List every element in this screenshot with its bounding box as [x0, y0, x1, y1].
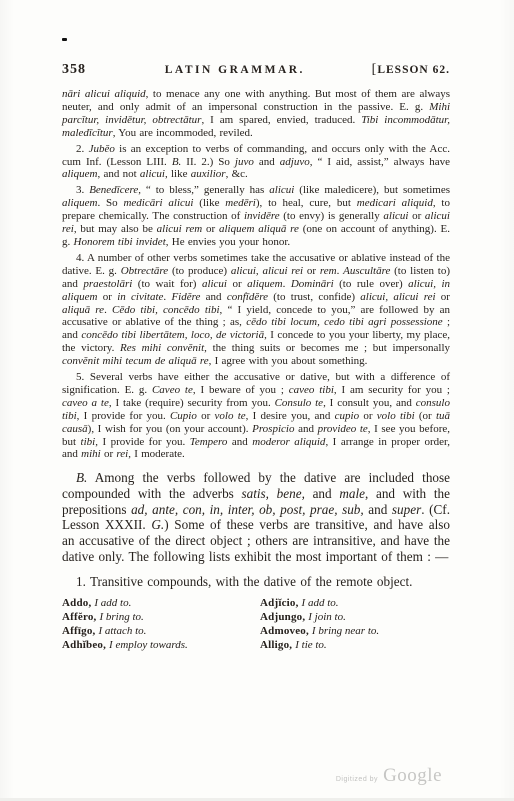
- verb-latin: Alligo,: [260, 639, 295, 651]
- latin-italic-run: volo tibi: [377, 410, 415, 422]
- text-run: (to envy) is generally: [280, 210, 384, 222]
- verb-gloss: I employ towards.: [109, 639, 188, 651]
- text-run: , I moderate.: [128, 448, 185, 460]
- ink-speck: [62, 38, 67, 41]
- latin-italic-run: Res mihi convĕnit: [120, 342, 204, 354]
- latin-italic-run: alicui, alicui rei: [231, 265, 303, 277]
- text-block: nāri alicui aliquid, to menace any one w…: [62, 88, 450, 589]
- latin-italic-run: provideo te: [318, 423, 368, 435]
- text-run: .: [283, 278, 291, 290]
- google-logo: Google: [383, 765, 442, 787]
- latin-italic-run: Auscultāre: [343, 265, 390, 277]
- text-run: . So: [97, 197, 123, 209]
- latin-italic-run: in civitate: [117, 291, 163, 303]
- verb-entry: Adjungo, I join to.: [260, 610, 450, 624]
- text-run: , I provide for you.: [95, 436, 190, 448]
- text-run: , You are incommoded, reviled.: [113, 127, 253, 139]
- latin-italic-run: medicari aliquid: [357, 197, 433, 209]
- paragraph-b-dative-compounds: B. Among the verbs followed by the dativ…: [62, 470, 450, 564]
- verb-latin: Adhĭbeo,: [62, 639, 109, 651]
- watermark: Digitized by Google: [336, 765, 442, 787]
- verb-latin: Affīgo,: [62, 625, 98, 637]
- latin-italic-run: mihi: [81, 448, 101, 460]
- text-run: (to produce): [168, 265, 231, 277]
- latin-italic-run: alicui: [269, 184, 294, 196]
- latin-italic-run: Tempero: [190, 436, 228, 448]
- verb-gloss: I add to.: [302, 597, 339, 609]
- latin-italic-run: Obtrectāre: [121, 265, 168, 277]
- latin-italic-run: confīdĕre: [227, 291, 268, 303]
- verb-entry: Admoveo, I bring near to.: [260, 624, 450, 638]
- text-run: and: [200, 291, 226, 303]
- text-run: , “ to bless,” generally has: [138, 184, 269, 196]
- latin-italic-run: Honorem tibi invidet: [74, 236, 166, 248]
- verb-entry: Addo, I add to.: [62, 596, 256, 610]
- text-run: (or: [415, 410, 436, 422]
- latin-italic-run: adjuvo: [280, 156, 310, 168]
- text-run: , and not: [97, 168, 139, 180]
- text-run: ), to heal, cure, but: [256, 197, 357, 209]
- latin-italic-run: super: [392, 502, 421, 517]
- page-number: 358: [62, 62, 86, 78]
- text-run: , I beware of you ;: [193, 384, 289, 396]
- text-run: 1. Transitive compounds, with the dative…: [76, 574, 412, 589]
- latin-italic-run: juvo: [235, 156, 254, 168]
- verb-gloss: I add to.: [94, 597, 131, 609]
- paragraph-2-jubeo: 2. Jubĕo is an exception to verbs of com…: [62, 143, 450, 182]
- verb-entry: Affĕro, I bring to.: [62, 610, 256, 624]
- text-run: (like maledicere), but sometimes: [294, 184, 450, 196]
- latin-italic-run: satis, bene,: [242, 486, 305, 501]
- latin-italic-run: aliquem: [62, 197, 97, 209]
- latin-italic-run: caveo a te: [62, 397, 109, 409]
- running-title: LATIN GRAMMAR.: [165, 64, 305, 76]
- verb-gloss: I tie to.: [295, 639, 326, 651]
- latin-italic-run: aliquā re: [62, 304, 104, 316]
- latin-italic-run: B.: [76, 470, 87, 485]
- text-run: or: [436, 291, 450, 303]
- text-run: and: [254, 156, 280, 168]
- text-run: , “ I aid, assist,” always have: [310, 156, 450, 168]
- verb-gloss: I join to.: [308, 611, 346, 623]
- latin-italic-run: G.: [151, 517, 164, 532]
- watermark-prefix: Digitized by: [336, 776, 378, 783]
- text-run: , I am security for you ;: [334, 384, 450, 396]
- latin-italic-run: rem: [320, 265, 337, 277]
- latin-italic-run: cupio: [335, 410, 359, 422]
- lesson-text: LESSON 62.: [377, 64, 450, 76]
- verb-latin: Adjungo,: [260, 611, 308, 623]
- latin-italic-run: male: [339, 486, 365, 501]
- latin-italic-run: B.: [172, 156, 181, 168]
- text-run: or: [359, 410, 377, 422]
- text-run: , I agree with you about something.: [209, 355, 368, 367]
- verb-entry: Adjĭcio, I add to.: [260, 596, 450, 610]
- latin-italic-run: invidēre: [244, 210, 280, 222]
- text-run: , I desire you, and: [246, 410, 335, 422]
- verb-entry: Affīgo, I attach to.: [62, 624, 256, 638]
- running-head: 358 LATIN GRAMMAR. [LESSON 62.: [62, 62, 450, 78]
- paragraph-list-title: 1. Transitive compounds, with the dative…: [62, 574, 450, 590]
- text-run: or: [197, 410, 215, 422]
- latin-italic-run: Jubĕo: [89, 143, 115, 155]
- text-run: and: [364, 502, 392, 517]
- text-run: or: [408, 210, 424, 222]
- text-run: or: [202, 223, 219, 235]
- latin-italic-run: rei: [116, 448, 128, 460]
- text-run: and: [305, 486, 339, 501]
- latin-italic-run: alicui, alicui rei: [360, 291, 435, 303]
- latin-italic-run: aliquem: [247, 278, 282, 290]
- verb-gloss: I bring to.: [99, 611, 143, 623]
- paragraph-1-continuation: nāri alicui aliquid, to menace any one w…: [62, 88, 450, 140]
- text-run: , like: [165, 168, 191, 180]
- latin-italic-run: Prospicio: [252, 423, 294, 435]
- latin-italic-run: moderor aliquid: [252, 436, 325, 448]
- text-run: ), I wish for you (on your account).: [88, 423, 252, 435]
- text-run: , I am spared, envied, traduced.: [201, 114, 361, 126]
- latin-italic-run: caveo tibi: [289, 384, 334, 396]
- latin-italic-run: Cēdo tibi, concēdo tibi: [112, 304, 220, 316]
- latin-italic-run: Cupio: [170, 410, 197, 422]
- latin-italic-run: Benedīcere: [89, 184, 138, 196]
- lesson-label: [LESSON 62.: [372, 62, 450, 78]
- latin-italic-run: alicui: [383, 210, 408, 222]
- scanned-page: 358 LATIN GRAMMAR. [LESSON 62. nāri alic…: [0, 0, 514, 801]
- latin-italic-run: auxilior: [191, 168, 226, 180]
- text-run: , but may also be: [74, 223, 157, 235]
- text-run: and: [227, 436, 252, 448]
- text-run: , I provide for you.: [77, 410, 170, 422]
- text-run: , I consult you, and: [323, 397, 416, 409]
- latin-italic-run: aliquem aliquā re: [219, 223, 299, 235]
- text-run: .: [104, 304, 112, 316]
- text-run: II. 2.) So: [181, 156, 235, 168]
- latin-italic-run: alicui: [140, 168, 165, 180]
- verb-column-right: Adjĭcio, I add to.Adjungo, I join to.Adm…: [256, 596, 450, 652]
- verb-entry: Alligo, I tie to.: [260, 638, 450, 652]
- text-run: or: [303, 265, 320, 277]
- page-content: 358 LATIN GRAMMAR. [LESSON 62. nāri alic…: [62, 62, 450, 652]
- latin-italic-run: tibi: [81, 436, 96, 448]
- verb-latin: Adjĭcio,: [260, 597, 302, 609]
- latin-italic-run: cēdo tibi locum, cedo tibi agri possessi…: [246, 316, 442, 328]
- latin-italic-run: nāri alicui aliquid: [62, 88, 146, 100]
- text-run: and: [294, 423, 317, 435]
- text-run: (like: [193, 197, 225, 209]
- paragraph-3-benedicere: 3. Benedīcere, “ to bless,” generally ha…: [62, 184, 450, 249]
- latin-italic-run: Domināri: [291, 278, 334, 290]
- latin-italic-run: praestolāri: [83, 278, 132, 290]
- latin-italic-run: medēri: [225, 197, 256, 209]
- latin-italic-run: Consulo te: [275, 397, 323, 409]
- verb-gloss: I attach to.: [98, 625, 146, 637]
- verb-latin: Addo,: [62, 597, 94, 609]
- text-run: , &c.: [226, 168, 248, 180]
- latin-italic-run: convĕnit mihi tecum de aliquā re: [62, 355, 209, 367]
- paragraph-5-signification: 5. Several verbs have either the accusat…: [62, 371, 450, 461]
- paragraph-4-accusative-ablative: 4. A number of other verbs sometimes tak…: [62, 252, 450, 368]
- text-run: (to wait for): [132, 278, 202, 290]
- verb-gloss: I bring near to.: [312, 625, 379, 637]
- verb-latin: Admoveo,: [260, 625, 312, 637]
- text-run: , I take (require) security from you.: [109, 397, 275, 409]
- verb-entry: Adhĭbeo, I employ towards.: [62, 638, 256, 652]
- latin-italic-run: Caveo te: [152, 384, 193, 396]
- text-run: (to trust, confide): [268, 291, 360, 303]
- text-run: , the thing suits or becomes me ; but im…: [204, 342, 450, 354]
- latin-italic-run: Fidĕre: [171, 291, 200, 303]
- text-run: or: [227, 278, 247, 290]
- text-run: (to rule over): [334, 278, 409, 290]
- text-run: 2.: [76, 143, 89, 155]
- verb-column-left: Addo, I add to.Affĕro, I bring to.Affīgo…: [62, 596, 256, 652]
- text-run: 3.: [76, 184, 89, 196]
- text-run: , He envies you your honor.: [166, 236, 290, 248]
- latin-italic-run: medicāri alicui: [123, 197, 193, 209]
- latin-italic-run: volo te: [215, 410, 246, 422]
- latin-italic-run: alicui: [202, 278, 227, 290]
- verb-latin: Affĕro,: [62, 611, 99, 623]
- latin-italic-run: ad, ante, con, in, inter, ob, post, prae…: [131, 502, 364, 517]
- text-run: or: [97, 291, 117, 303]
- latin-italic-run: aliquem: [62, 168, 97, 180]
- verb-list: Addo, I add to.Affĕro, I bring to.Affīgo…: [62, 596, 450, 652]
- text-run: or: [101, 448, 117, 460]
- latin-italic-run: concēdo tibi libertātem, loco, de victor…: [81, 329, 264, 341]
- latin-italic-run: alicui rem: [157, 223, 203, 235]
